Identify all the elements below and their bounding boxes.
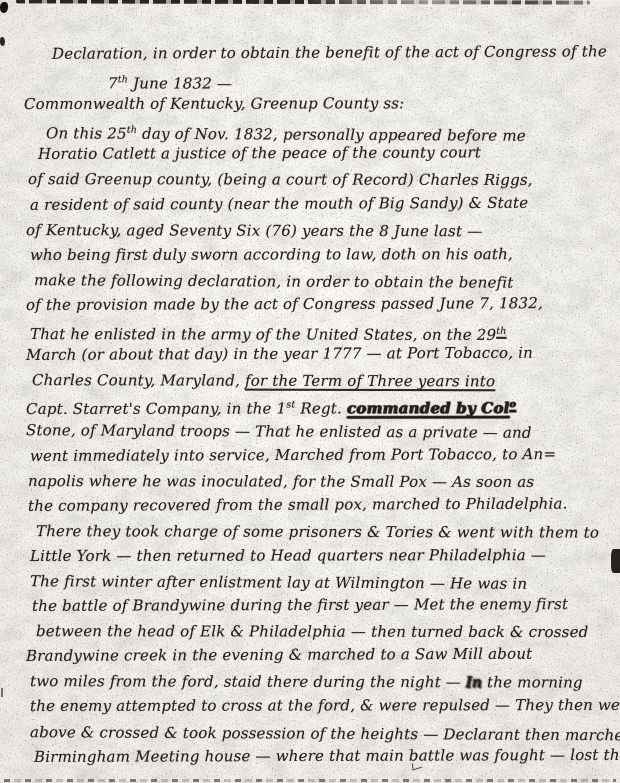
manuscript-text: On this 25	[46, 125, 127, 143]
manuscript-line: two miles from the ford, staid there dur…	[0, 669, 620, 696]
manuscript-text: In	[466, 674, 482, 692]
manuscript-line: Little York — then returned to Head quar…	[0, 543, 620, 569]
manuscript-text: Birmingham Meeting house — where that ma…	[34, 745, 620, 765]
manuscript-line: Commonwealth of Kentucky, Greenup County…	[0, 91, 620, 117]
manuscript-text: of the provision made by the act of Cong…	[26, 294, 543, 314]
manuscript-line: Declaration, in order to obtain the bene…	[0, 39, 620, 67]
manuscript-line: Charles County, Maryland, for the Term o…	[0, 368, 620, 395]
manuscript-text: make the following declaration, in order…	[34, 271, 514, 292]
manuscript-text: between the head of Elk & Philadelphia —…	[36, 622, 588, 641]
manuscript-text: 7	[108, 74, 118, 92]
manuscript-text: th	[127, 125, 137, 136]
manuscript-line: Horatio Catlett a justice of the peace o…	[0, 140, 620, 167]
manuscript-line: of the provision made by the act of Cong…	[0, 291, 620, 318]
scan-edge-artifact-bottom	[4, 779, 616, 782]
manuscript-line: a resident of said county (near the mout…	[0, 190, 620, 218]
manuscript-text: Commonwealth of Kentucky, Greenup County…	[24, 94, 404, 113]
manuscript-text: the enemy attempted to cross at the ford…	[30, 696, 620, 715]
manuscript-line: the battle of Brandywine during the firs…	[0, 592, 620, 619]
manuscript: Declaration, in order to obtain the bene…	[0, 42, 620, 770]
manuscript-line: of Kentucky, aged Seventy Six (76) years…	[0, 218, 620, 245]
manuscript-text: above & crossed & took possession of the…	[30, 723, 620, 744]
manuscript-text: two miles from the ford, staid there dur…	[30, 672, 466, 691]
manuscript-text: Horatio Catlett a justice of the peace o…	[38, 144, 481, 164]
manuscript-text: went immediately into service, Marched f…	[30, 445, 556, 465]
manuscript-line: There they took charge of some prisoners…	[0, 519, 620, 546]
manuscript-line: Birmingham Meeting house — where that ma…	[0, 742, 620, 769]
manuscript-text: of Kentucky, aged Seventy Six (76) years…	[26, 221, 482, 240]
manuscript-text: March (or about that day) in the year 17…	[26, 344, 533, 364]
manuscript-text: th	[496, 326, 506, 337]
manuscript-text: commanded by Col	[347, 399, 510, 417]
manuscript-text: There they took charge of some prisoners…	[36, 522, 599, 541]
manuscript-text: Brandywine creek in the evening & marche…	[26, 645, 532, 665]
manuscript-text: th	[118, 74, 128, 85]
manuscript-text: Charles County, Maryland,	[32, 371, 245, 390]
manuscript-text: a resident of said county (near the mout…	[30, 193, 528, 213]
manuscript-text: June 1832 —	[128, 74, 232, 92]
manuscript-text: who being first duly sworn according to …	[30, 245, 513, 264]
manuscript-text: Declaration, in order to obtain the bene…	[52, 42, 607, 62]
manuscript-text: The first winter after enlistment lay at…	[30, 572, 527, 593]
manuscript-line: Brandywine creek in the evening & marche…	[0, 642, 620, 670]
manuscript-text: for the Term of Three years into	[245, 372, 495, 391]
scan-edge-fade	[300, 0, 620, 6]
manuscript-text: of said Greenup county, (being a court o…	[28, 171, 533, 190]
manuscript-text: the battle of Brandywine during the firs…	[32, 595, 568, 615]
manuscript-line: who being first duly sworn according to …	[0, 242, 620, 268]
manuscript-line: the enemy attempted to cross at the ford…	[0, 693, 620, 719]
manuscript-line: the company recovered from the small pox…	[0, 491, 620, 519]
manuscript-text: o	[509, 399, 516, 410]
manuscript-text: Little York — then returned to Head quar…	[30, 546, 546, 565]
manuscript-text: the company recovered from the small pox…	[28, 494, 568, 514]
manuscript-line: Capt. Starret's Company, in the 1st Regt…	[0, 392, 620, 418]
manuscript-text: Capt. Starret's Company, in the 1	[26, 400, 286, 418]
manuscript-text: Stone, of Maryland troops — That he enli…	[26, 422, 532, 443]
manuscript-text: Regt.	[295, 400, 347, 418]
manuscript-line: 7th June 1832 —	[0, 67, 620, 94]
document-page: Declaration, in order to obtain the bene…	[0, 0, 620, 783]
manuscript-text: napolis where he was inoculated, for the…	[28, 472, 534, 491]
manuscript-line: went immediately into service, Marched f…	[0, 441, 620, 468]
manuscript-text: the morning	[482, 674, 583, 692]
manuscript-line: March (or about that day) in the year 17…	[0, 340, 620, 368]
ink-blot	[0, 2, 8, 13]
